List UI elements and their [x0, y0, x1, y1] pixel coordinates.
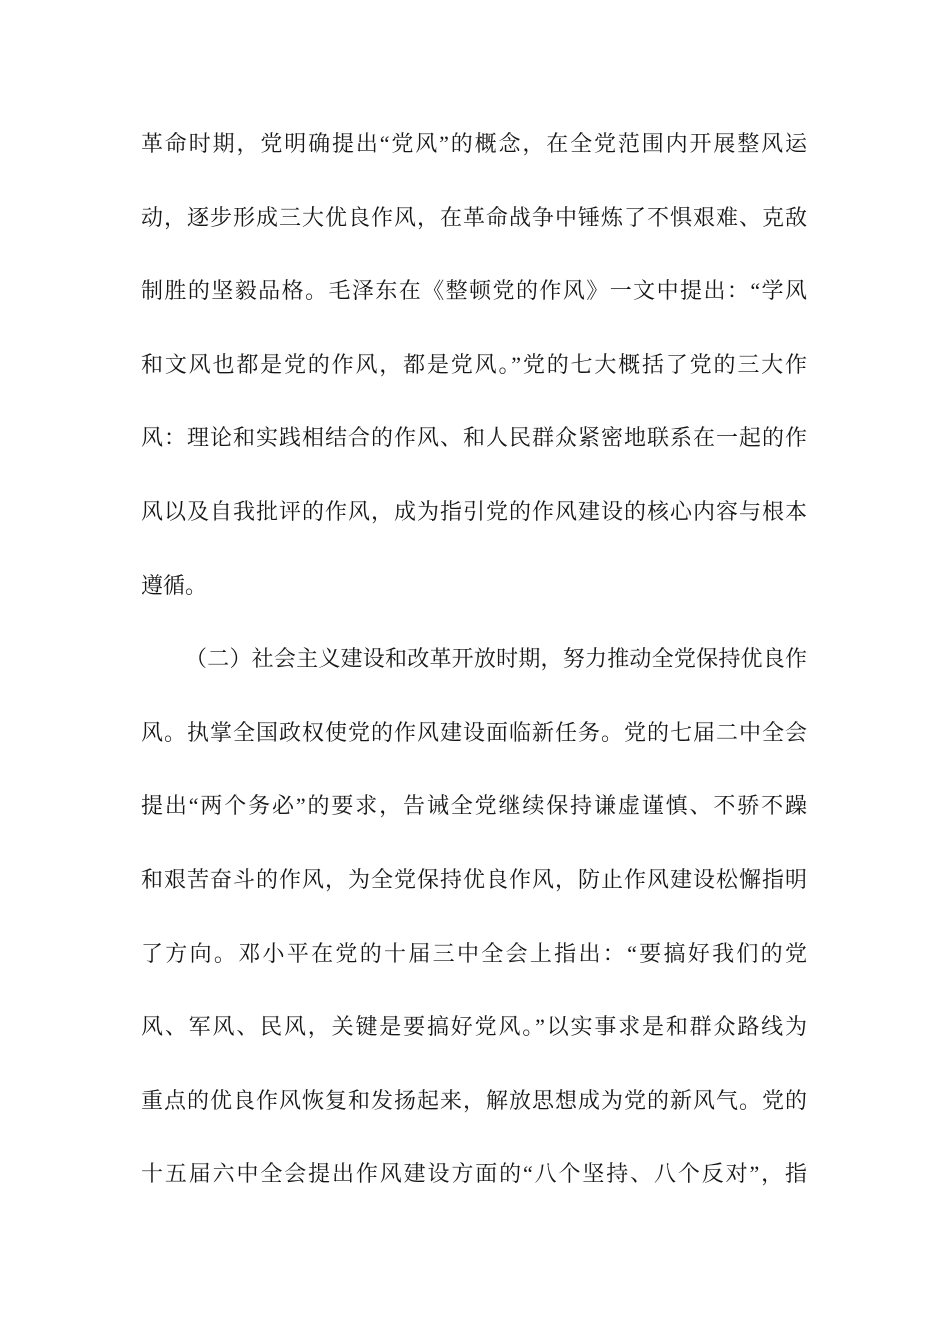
text-line: 风。执掌全国政权使党的作风建设面临新任务。党的七届二中全会 [141, 696, 807, 770]
text-line: 制胜的坚毅品格。毛泽东在《整顿党的作风》一文中提出：“学风 [141, 254, 807, 328]
text-line: 十五届六中全会提出作风建设方面的“八个坚持、八个反对”，指 [141, 1137, 807, 1211]
text-line: 了方向。邓小平在党的十届三中全会上指出：“要搞好我们的党 [141, 917, 807, 991]
text-line-paragraph-start: （二）社会主义建设和改革开放时期，努力推动全党保持优良作 [141, 622, 807, 696]
text-line: 风：理论和实践相结合的作风、和人民群众紧密地联系在一起的作 [141, 401, 807, 475]
document-page: 革命时期，党明确提出“党风”的概念，在全党范围内开展整风运 动，逐步形成三大优良… [0, 0, 950, 1344]
text-line: 提出“两个务必”的要求，告诫全党继续保持谦虚谨慎、不骄不躁 [141, 769, 807, 843]
text-line: 动，逐步形成三大优良作风，在革命战争中锤炼了不惧艰难、克敌 [141, 181, 807, 255]
text-line: 风以及自我批评的作风，成为指引党的作风建设的核心内容与根本 [141, 475, 807, 549]
text-line: 革命时期，党明确提出“党风”的概念，在全党范围内开展整风运 [141, 107, 807, 181]
document-body-text: 革命时期，党明确提出“党风”的概念，在全党范围内开展整风运 动，逐步形成三大优良… [141, 107, 807, 1211]
text-line: 和艰苦奋斗的作风，为全党保持优良作风，防止作风建设松懈指明 [141, 843, 807, 917]
text-line-paragraph-end: 遵循。 [141, 549, 807, 623]
text-line: 风、军风、民风，关键是要搞好党风。”以实事求是和群众路线为 [141, 990, 807, 1064]
text-line: 重点的优良作风恢复和发扬起来，解放思想成为党的新风气。党的 [141, 1064, 807, 1138]
text-line: 和文风也都是党的作风，都是党风。”党的七大概括了党的三大作 [141, 328, 807, 402]
